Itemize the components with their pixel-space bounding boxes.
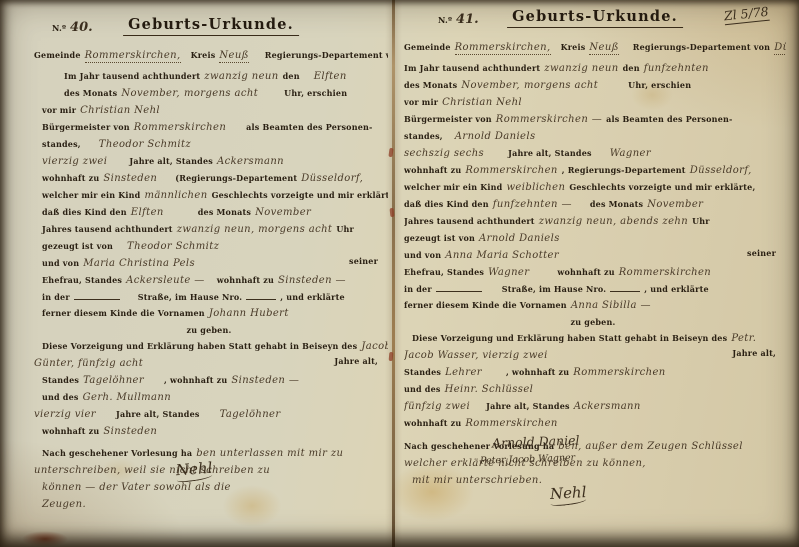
printed-text: , und erklärte <box>644 284 708 294</box>
printed-text: wohnhaft zu <box>404 418 461 428</box>
printed-text: Uhr <box>692 216 710 226</box>
handwritten-text: können — der Vater sowohl als die <box>42 482 231 493</box>
handwritten-text: vierzig zwei <box>42 156 107 167</box>
handwritten-text: Zeugen. <box>42 499 86 510</box>
printed-text: Jahre alt, Standes <box>508 148 592 158</box>
form-line: GemeindeRommerskirchen,KreisNeußRegierun… <box>34 46 388 63</box>
handwritten-text: zwanzig neun, abends zehn <box>539 216 688 227</box>
handwritten-text: Ackersmann <box>574 401 641 412</box>
printed-text: Jahre alt, Standes <box>486 401 570 411</box>
number-value: 41. <box>456 12 479 27</box>
printed-text: Im Jahr tausend achthundert <box>64 71 200 81</box>
number-value: 40. <box>70 20 93 35</box>
form-line: StandesLehrer, wohnhaft zuRommerskirchen <box>404 363 786 380</box>
printed-text: Geschlechts vorzeigte und mir erklärte, <box>569 182 755 192</box>
printed-text: Standes <box>42 375 79 385</box>
printed-text: ferner diesem Kinde die Vornamen <box>42 308 205 318</box>
form-line: Bürgermeister vonRommerskirchenals Beamt… <box>34 118 388 135</box>
printed-text: standes, <box>42 139 81 149</box>
form-line: Diese Vorzeigung und Erklärung haben Sta… <box>404 329 786 346</box>
form-line: können — der Vater sowohl als die <box>34 478 388 495</box>
printed-text: Uhr, erschien <box>628 80 691 90</box>
handwritten-text: zwanzig neun <box>204 71 278 82</box>
printed-text: Uhr, erschien <box>284 88 347 98</box>
handwritten-text: unterschreiben, weil sie nicht schreiben… <box>34 465 270 476</box>
printed-text: Uhr <box>336 224 354 234</box>
printed-text: Gemeinde <box>404 42 451 52</box>
handwritten-text: Tagelöhner <box>83 375 144 386</box>
printed-text: daß dies Kind den <box>404 199 489 209</box>
printed-text: und des <box>404 384 441 394</box>
printed-text: welcher mir ein Kind <box>404 182 502 192</box>
handwritten-text: Arnold Daniels <box>479 233 560 244</box>
printed-text: und von <box>404 250 441 260</box>
printed-text: Ehefrau, Standes <box>404 267 484 277</box>
fold-mark <box>389 352 394 361</box>
blank-field <box>74 290 120 300</box>
printed-text: Ehefrau, Standes <box>42 275 122 285</box>
handwritten-text: Anna Sibilla — <box>571 300 651 311</box>
printed-text: des Monats <box>198 207 251 217</box>
printed-text: in der <box>404 284 432 294</box>
printed-text: gezeugt ist von <box>42 241 113 251</box>
fold-mark <box>390 208 395 217</box>
handwritten-text: Johann Hubert <box>209 308 289 319</box>
handwritten-text: weiblichen <box>506 182 565 193</box>
printed-text: seiner <box>349 254 378 268</box>
handwritten-text: Rommerskirchen <box>465 165 557 176</box>
page-title: Geburts-Urkunde. <box>123 16 299 36</box>
certificate-body: GemeindeRommerskirchen,KreisNeußRegierun… <box>34 46 388 512</box>
handwritten-text: Anna Maria Schotter <box>445 250 559 261</box>
form-line: und vonMaria Christina Pelsseiner <box>34 254 388 271</box>
handwritten-text: Neuß <box>219 50 248 63</box>
handwritten-text: männlichen <box>144 190 207 201</box>
printed-text: Gemeinde <box>34 50 81 60</box>
handwritten-text: Christian Nehl <box>80 105 160 116</box>
printed-text: Geschlechts vorzeigte und mir erklärte, <box>212 190 388 200</box>
ink-stain <box>22 531 68 547</box>
form-line: fünfzig zweiJahre alt, StandesAckersmann <box>404 397 786 414</box>
form-line: und desGerh. Mullmann <box>34 388 388 405</box>
printed-text: daß dies Kind den <box>42 207 127 217</box>
handwritten-text: November, <box>461 80 520 91</box>
printed-text: Straße, im Hause Nro. <box>138 292 243 302</box>
handwritten-text: Arnold Daniels <box>455 131 536 142</box>
printed-text: , Regierungs-Departement <box>562 165 686 175</box>
printed-text: zu geben. <box>187 325 232 335</box>
form-line: gezeugt ist vonTheodor Schmitz <box>34 237 388 254</box>
handwritten-text: November <box>255 207 311 218</box>
handwritten-text: Sinsteden — <box>231 375 299 386</box>
printed-text: Diese Vorzeigung und Erklärung haben Sta… <box>42 341 357 351</box>
handwritten-text: fünfzig zwei <box>404 401 470 412</box>
printed-text: Bürgermeister von <box>42 122 130 132</box>
form-line: vor mirChristian Nehl <box>404 93 786 110</box>
form-line: des MonatsNovember,morgens achtUhr, ersc… <box>404 76 786 93</box>
form-line: Ehefrau, StandesWagnerwohnhaft zuRommers… <box>404 263 786 280</box>
printed-text: in der <box>42 292 70 302</box>
handwritten-text: funfzehnten — <box>493 199 572 210</box>
printed-text: standes, <box>404 131 443 141</box>
certificate-number: N.º 40. <box>52 20 93 35</box>
handwritten-text: ben, außer dem Zeugen Schlüssel <box>558 441 743 452</box>
printed-text: Regierungs-Departement von <box>633 42 770 52</box>
printed-text: Jahre alt, Standes <box>116 409 200 419</box>
handwritten-text: November, <box>121 88 180 99</box>
handwritten-text: Rommerskirchen <box>573 367 665 378</box>
form-line: welcher mir ein KindmännlichenGeschlecht… <box>34 186 388 203</box>
form-line: des MonatsNovember,morgens achtUhr, ersc… <box>34 84 388 101</box>
printed-text: (Regierungs-Departement <box>175 173 297 183</box>
witness-signature-1: Arnold Daniel <box>492 432 580 450</box>
printed-text: Jahre alt, <box>732 346 776 360</box>
form-line: welcher erklärte nicht schreiben zu könn… <box>404 454 786 471</box>
certificate-page-right: N.º 41. Geburts-Urkunde. GemeindeRommers… <box>404 8 786 488</box>
handwritten-text: Sinsteden — <box>278 275 346 286</box>
form-line: daß dies Kind denfunfzehnten —des Monats… <box>404 195 786 212</box>
handwritten-text: zwanzig neun, morgens acht <box>177 224 333 235</box>
form-line: Günter, fünfzig achtJahre alt, <box>34 354 388 371</box>
printed-text: den <box>623 63 640 73</box>
form-line: wohnhaft zuSinsteden <box>34 422 388 439</box>
handwritten-text: Rommerskirchen <box>134 122 226 133</box>
handwritten-text: Rommerskirchen, <box>455 42 551 55</box>
form-line: vierzig zweiJahre alt, StandesAckersmann <box>34 152 388 169</box>
printed-text: , und erklärte <box>280 292 344 302</box>
form-line: vor mirChristian Nehl <box>34 101 388 118</box>
handwritten-text: Rommerskirchen <box>619 267 711 278</box>
official-signature-left: Nehl <box>175 459 213 482</box>
printed-text: gezeugt ist von <box>404 233 475 243</box>
handwritten-text: Rommerskirchen <box>465 418 557 429</box>
form-line: in derStraße, im Hause Nro., und erklärt… <box>34 288 388 304</box>
printed-text: Bürgermeister von <box>404 114 492 124</box>
handwritten-text: Maria Christina Pels <box>83 258 195 269</box>
handwritten-text: Jacob <box>361 341 388 352</box>
printed-text: ferner diesem Kinde die Vornamen <box>404 300 567 310</box>
handwritten-text: Günter, fünfzig acht <box>34 358 143 369</box>
form-line: wohnhaft zuRommerskirchen <box>404 414 786 431</box>
printed-text: als Beamten des Personen- <box>246 122 372 132</box>
page-title: Geburts-Urkunde. <box>507 8 683 28</box>
form-line: mit mir unterschrieben. <box>404 471 786 488</box>
printed-text: Regierungs-Departement von <box>265 50 388 60</box>
printed-text: und des <box>42 392 79 402</box>
form-line: in derStraße, im Hause Nro., und erklärt… <box>404 280 786 296</box>
blank-field <box>436 282 482 292</box>
form-line: Bürgermeister vonRommerskirchen —als Bea… <box>404 110 786 127</box>
form-line: Im Jahr tausend achthundertzwanzig neund… <box>34 67 388 84</box>
printed-text: Standes <box>404 367 441 377</box>
form-line: gezeugt ist vonArnold Daniels <box>404 229 786 246</box>
form-line: zu geben. <box>34 321 388 337</box>
printed-text: Jahres tausend achthundert <box>42 224 173 234</box>
form-line: StandesTagelöhner, wohnhaft zuSinsteden … <box>34 371 388 388</box>
form-line: standes,Theodor Schmitz <box>34 135 388 152</box>
printed-text: den <box>283 71 300 81</box>
form-line: ferner diesem Kinde die VornamenJohann H… <box>34 304 388 321</box>
form-line: Jacob Wasser, vierzig zweiJahre alt, <box>404 346 786 363</box>
printed-text: als Beamten des Personen- <box>606 114 732 124</box>
form-line: zu geben. <box>404 313 786 329</box>
form-line: wohnhaft zuSinsteden(Regierungs-Departem… <box>34 169 388 186</box>
handwritten-text: Elften <box>131 207 164 218</box>
handwritten-text: Sinsteden <box>103 173 157 184</box>
handwritten-text: Ackersleute — <box>126 275 205 286</box>
handwritten-text: Sinsteden <box>103 426 157 437</box>
handwritten-text: ben unterlassen mit mir zu <box>196 448 343 459</box>
form-line: Im Jahr tausend achthundertzwanzig neund… <box>404 59 786 76</box>
number-label: N.º <box>438 15 452 25</box>
printed-text: Diese Vorzeigung und Erklärung haben Sta… <box>412 333 727 343</box>
handwritten-text: Wagner <box>610 148 651 159</box>
printed-text: des Monats <box>590 199 643 209</box>
handwritten-text: Wagner <box>488 267 529 278</box>
handwritten-text: Elften <box>314 71 347 82</box>
form-line: Jahres tausend achthundertzwanzig neun, … <box>404 212 786 229</box>
handwritten-text: Jacob Wasser, vierzig zwei <box>404 350 548 361</box>
printed-text: des Monats <box>404 80 457 90</box>
form-line: sechszig sechsJahre alt, StandesWagner <box>404 144 786 161</box>
printed-text: des Monats <box>64 88 117 98</box>
printed-text: vor mir <box>404 97 438 107</box>
handwritten-text: zwanzig neun <box>544 63 618 74</box>
handwritten-text: Rommerskirchen, <box>85 50 181 63</box>
center-fold-line <box>392 0 395 547</box>
handwritten-text: Christian Nehl <box>442 97 522 108</box>
printed-text: wohnhaft zu <box>557 267 614 277</box>
printed-text: wohnhaft zu <box>217 275 274 285</box>
handwritten-text: Düsseldorf, <box>301 173 363 184</box>
printed-text: Jahre alt, Standes <box>129 156 213 166</box>
form-line: wohnhaft zuRommerskirchen, Regierungs-De… <box>404 161 786 178</box>
handwritten-text: Petr. <box>731 333 756 344</box>
handwritten-text: Düsseldorf, <box>690 165 752 176</box>
printed-text: , wohnhaft zu <box>506 367 569 377</box>
handwritten-text: morgens acht <box>184 88 258 99</box>
printed-text: wohnhaft zu <box>42 173 99 183</box>
handwritten-text: Neuß <box>589 42 618 55</box>
printed-text: Jahre alt, <box>334 354 378 368</box>
printed-text: welcher mir ein Kind <box>42 190 140 200</box>
handwritten-text: Rommerskirchen — <box>496 114 602 125</box>
form-line: daß dies Kind denElftendes MonatsNovembe… <box>34 203 388 220</box>
form-line: vierzig vierJahre alt, StandesTagelöhner <box>34 405 388 422</box>
printed-text: und von <box>42 258 79 268</box>
printed-text: Kreis <box>191 50 216 60</box>
certificate-number: N.º 41. <box>438 12 479 27</box>
form-line: Nach geschehener Vorlesung haben, außer … <box>404 437 786 454</box>
printed-text: , wohnhaft zu <box>164 375 227 385</box>
form-line: Jahres tausend achthundertzwanzig neun, … <box>34 220 388 237</box>
printed-text: Kreis <box>561 42 586 52</box>
handwritten-text: Lehrer <box>445 367 482 378</box>
handwritten-text: vierzig vier <box>34 409 96 420</box>
printed-text: wohnhaft zu <box>42 426 99 436</box>
scanned-document: N.º 40. Geburts-Urkunde. GemeindeRommers… <box>0 0 799 547</box>
form-line: Diese Vorzeigung und Erklärung haben Sta… <box>34 337 388 354</box>
printed-text: Straße, im Hause Nro. <box>502 284 607 294</box>
form-line: und vonAnna Maria Schotterseiner <box>404 246 786 263</box>
printed-text: Jahres tausend achthundert <box>404 216 535 226</box>
printed-text: Im Jahr tausend achthundert <box>404 63 540 73</box>
handwritten-text: Gerh. Mullmann <box>83 392 172 403</box>
handwritten-text: Tagelöhner <box>220 409 281 420</box>
printed-text: wohnhaft zu <box>404 165 461 175</box>
handwritten-text: sechszig sechs <box>404 148 484 159</box>
printed-text: seiner <box>747 246 776 260</box>
certificate-body: GemeindeRommerskirchen,KreisNeußRegierun… <box>404 38 786 488</box>
form-line: ferner diesem Kinde die VornamenAnna Sib… <box>404 296 786 313</box>
handwritten-text: Theodor Schmitz <box>127 241 219 252</box>
blank-field <box>610 282 640 292</box>
form-line: standes,Arnold Daniels <box>404 127 786 144</box>
form-line: Zeugen. <box>34 495 388 512</box>
handwritten-text: Theodor Schmitz <box>99 139 191 150</box>
official-signature-right: Nehl <box>549 483 587 506</box>
handwritten-text: Düsseldorf <box>774 42 786 55</box>
handwritten-text: funfzehnten <box>644 63 709 74</box>
handwritten-text: mit mir unterschrieben. <box>412 475 542 486</box>
form-line: GemeindeRommerskirchen,KreisNeußRegierun… <box>404 38 786 55</box>
blank-field <box>246 290 276 300</box>
handwritten-text: morgens acht <box>524 80 598 91</box>
printed-text: vor mir <box>42 105 76 115</box>
number-label: N.º <box>52 23 66 33</box>
handwritten-text: Heinr. Schlüssel <box>445 384 534 395</box>
form-line: welcher mir ein KindweiblichenGeschlecht… <box>404 178 786 195</box>
handwritten-text: November <box>647 199 703 210</box>
page-header: N.º 40. Geburts-Urkunde. <box>34 16 388 43</box>
certificate-page-left: N.º 40. Geburts-Urkunde. GemeindeRommers… <box>34 16 388 512</box>
printed-text: Nach geschehener Vorlesung ha <box>42 448 192 458</box>
form-line: Ehefrau, StandesAckersleute —wohnhaft zu… <box>34 271 388 288</box>
form-line: und desHeinr. Schlüssel <box>404 380 786 397</box>
printed-text: zu geben. <box>571 317 616 327</box>
handwritten-text: Ackersmann <box>217 156 284 167</box>
